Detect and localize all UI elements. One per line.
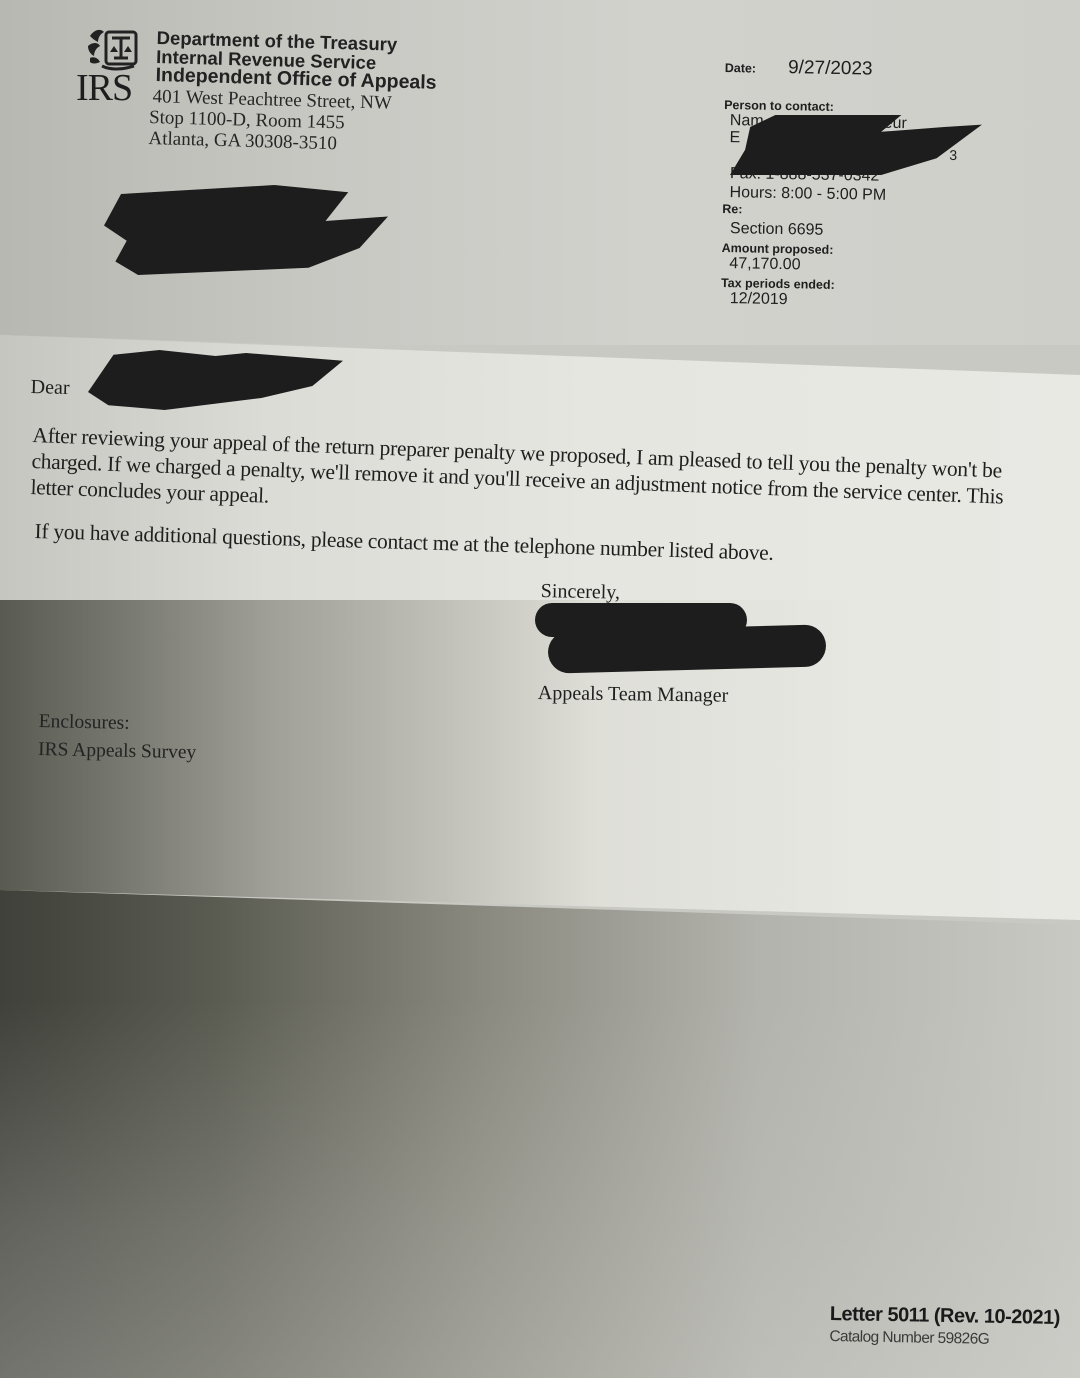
- agency-address: 401 West Peachtree Street, NW Stop 1100-…: [148, 86, 392, 156]
- signer-title: Appeals Team Manager: [538, 682, 729, 708]
- irs-logo: IRS: [80, 26, 150, 104]
- date-label: Date:: [725, 61, 757, 76]
- agency-name-block: Department of the Treasury Internal Reve…: [155, 28, 437, 93]
- eagle-scales-emblem-icon: [86, 26, 142, 72]
- enclosure-item: IRS Appeals Survey: [38, 736, 197, 767]
- logo-wordmark: IRS: [76, 70, 132, 106]
- date-value: 9/27/2023: [788, 57, 873, 80]
- form-footer: Letter 5011 (Rev. 10-2021) Catalog Numbe…: [829, 1303, 1060, 1350]
- amount-value: 47,170.00: [729, 255, 1021, 278]
- enclosures-block: Enclosures: IRS Appeals Survey: [38, 708, 197, 767]
- contact-phone-partial: 3: [949, 150, 1023, 161]
- re-value: Section 6695: [730, 220, 1022, 243]
- greeting: Dear: [30, 376, 69, 400]
- redacted-signer-name: [547, 624, 826, 673]
- form-identifier: Letter 5011 (Rev. 10-2021): [830, 1303, 1060, 1330]
- enclosures-label: Enclosures:: [38, 708, 197, 739]
- letter-info-block: Date: 9/27/2023 Person to contact: Nam l…: [721, 56, 1025, 313]
- closing: Sincerely,: [541, 580, 621, 605]
